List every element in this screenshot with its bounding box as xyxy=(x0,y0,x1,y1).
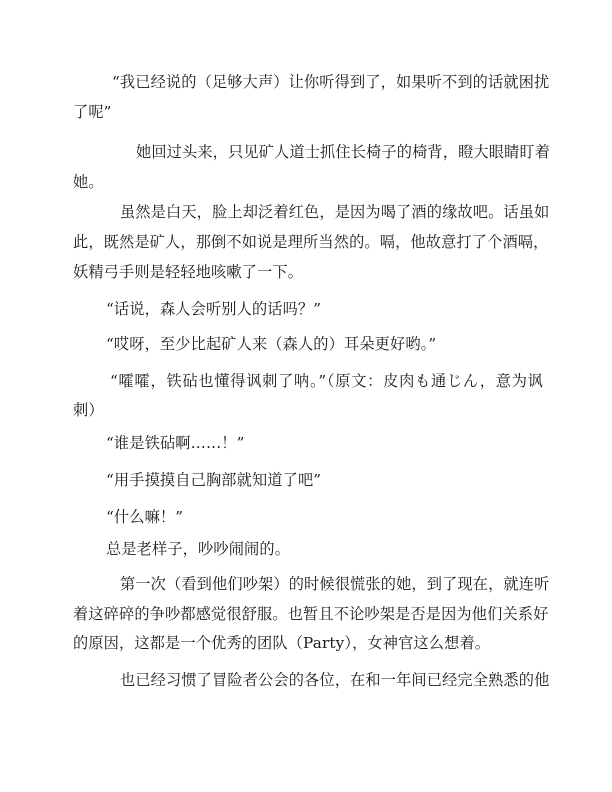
text-line: 此，既然是矿人，那倒不如说是理所当然的。嗝，他故意打了个酒嗝， xyxy=(73,232,543,252)
text-line: 了呢” xyxy=(73,102,543,122)
text-line: 的原因，这都是一个优秀的团队（Party），女神官这么想着。 xyxy=(73,633,543,653)
dialogue-line: “什么嘛！” xyxy=(106,507,543,527)
text-line: 她回过头来，只见矿人道士抓住长椅子的椅背，瞪大眼睛盯着 xyxy=(136,142,543,162)
text-line: 也已经习惯了冒险者公会的各位，在和一年间已经完全熟悉的他 xyxy=(120,670,543,690)
dialogue-line: “哎呀，至少比起矿人来（森人的）耳朵更好哟。” xyxy=(106,334,543,354)
text-line: 第一次（看到他们吵架）的时候很慌张的她，到了现在，就连听 xyxy=(120,574,543,594)
text-line: 妖精弓手则是轻轻地咳嗽了一下。 xyxy=(73,262,543,282)
document-page: “我已经说的（足够大声）让你听得到了，如果听不到的话就困扰 了呢” 她回过头来，… xyxy=(0,0,612,792)
dialogue-line: “谁是铁砧啊……！” xyxy=(106,433,543,453)
dialogue-line: “嚯嚯，铁砧也懂得讽刺了呐。”（原文：皮肉も通じん，意为讽 xyxy=(110,371,543,391)
text-line: 她。 xyxy=(73,172,543,192)
dialogue-line: “话说，森人会听别人的话吗？” xyxy=(106,299,543,319)
text-line: “我已经说的（足够大声）让你听得到了，如果听不到的话就困扰 xyxy=(112,72,543,92)
text-line: 刺） xyxy=(73,400,543,420)
dialogue-line: “用手摸摸自己胸部就知道了吧” xyxy=(106,470,543,490)
text-line: 着这碎碎的争吵都感觉很舒服。也暂且不论吵架是否是因为他们关系好 xyxy=(73,604,543,624)
text-line: 总是老样子，吵吵闹闹的。 xyxy=(106,539,543,559)
text-line: 虽然是白天，脸上却泛着红色，是因为喝了酒的缘故吧。话虽如 xyxy=(120,202,543,222)
